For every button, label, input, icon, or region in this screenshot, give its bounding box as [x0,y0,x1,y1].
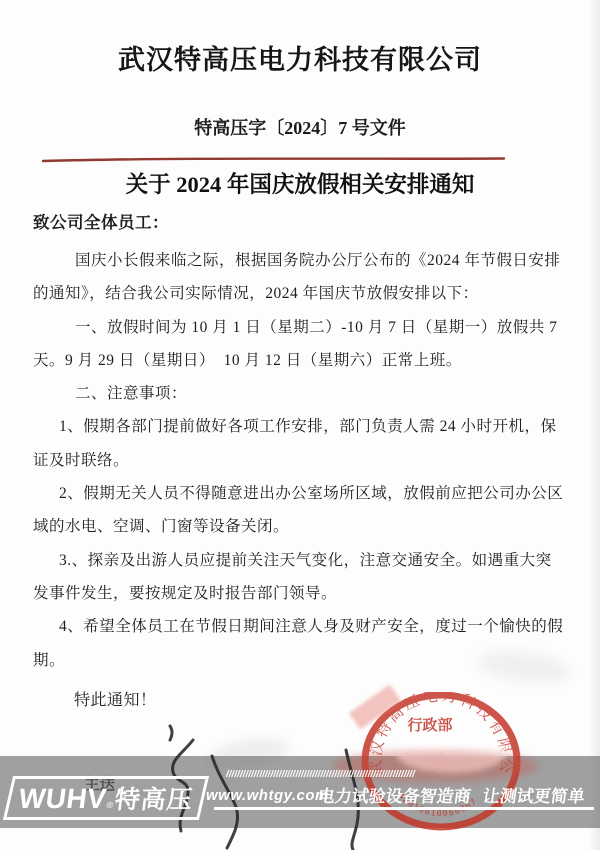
website-url: www.whtgy.com [206,787,329,804]
brand-logo-cn: 特高压 [113,780,196,816]
brand-logo-box: WUHV®特高压 [3,776,209,820]
footer-underline [214,807,594,810]
slash-decoration: ////////////////////////////////////////… [226,770,472,780]
brand-logo-text: WUHV [17,783,109,815]
slogan-part-1: 电力试验设备智造商 [316,787,472,806]
handwritten-signature [0,0,600,850]
slogan-part-2: 让测试更简单 [481,787,586,806]
scanned-notice-document: 武汉特高压电力科技有限公司 特高压字〔2024〕7 号文件 关于 2024 年国… [0,0,600,850]
registered-mark-icon: ® [106,800,114,810]
slogan-text: 电力试验设备智造商让测试更简单 [316,782,587,807]
watermark-bar: WUHV®特高压 ///////////////////////////////… [0,756,600,828]
